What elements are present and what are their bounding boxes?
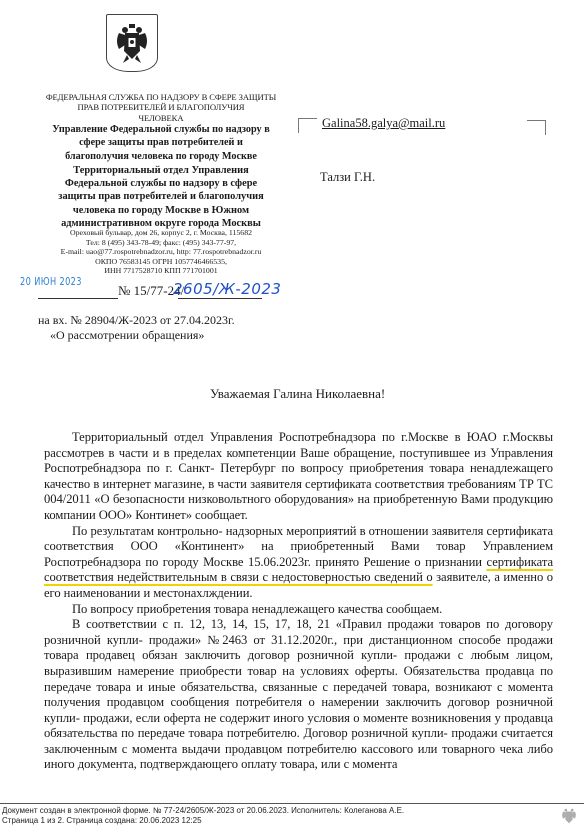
paragraph-text: По результатам контрольно- надзорных мер…	[44, 524, 553, 569]
letter-subject: «О рассмотрении обращения»	[50, 328, 204, 343]
agency-line: ЧЕЛОВЕКА	[30, 113, 292, 123]
paragraph: В соответствии с п. 12, 13, 14, 15, 17, …	[44, 617, 553, 773]
territorial-line: Федеральной службы по надзору в сфере	[30, 177, 292, 190]
incoming-reference: на вх. № 28904/Ж-2023 от 27.04.2023г.	[38, 313, 235, 328]
paragraph: Территориальный отдел Управления Роспотр…	[44, 430, 553, 524]
footer-info: Документ создан в электронной форме. № 7…	[2, 806, 404, 825]
inn-line: ИНН 7717528710 КПП 771701001	[30, 266, 292, 276]
email-line: E-mail: uao@77.rospotrebnadzor.ru, http:…	[30, 247, 292, 257]
greeting: Уважаемая Галина Николаевна!	[210, 386, 385, 402]
coat-of-arms-icon	[106, 14, 158, 72]
agency-name: ФЕДЕРАЛЬНАЯ СЛУЖБА ПО НАДЗОРУ В СФЕРЕ ЗА…	[30, 92, 292, 123]
date-underline	[38, 298, 118, 299]
address-corner-right	[527, 120, 546, 135]
address-corner-left	[298, 118, 317, 133]
department-name: Управление Федеральной службы по надзору…	[30, 123, 292, 163]
address-line: Ореховый бульвар, дом 26, корпус 2, г. М…	[30, 228, 292, 238]
agency-line: ПРАВ ПОТРЕБИТЕЛЕЙ И БЛАГОПОЛУЧИЯ	[30, 102, 292, 112]
territorial-line: человека по городу Москве в Южном	[30, 204, 292, 217]
territorial-line: Территориальный отдел Управления	[30, 164, 292, 177]
okpo-line: ОКПО 76583145 ОГРН 1057746466535,	[30, 257, 292, 267]
footer-line: Страница 1 из 2. Страница создана: 20.06…	[2, 816, 404, 826]
department-line: благополучия человека по городу Москве	[30, 150, 292, 163]
number-underline	[178, 298, 262, 299]
territorial-office-name: Территориальный отдел Управления Федерал…	[30, 164, 292, 230]
letter-body: Территориальный отдел Управления Роспотр…	[44, 430, 553, 773]
paragraph: По результатам контрольно- надзорных мер…	[44, 524, 553, 602]
department-line: сфере защиты прав потребителей и	[30, 136, 292, 149]
recipient-email[interactable]: Galina58.galya@mail.ru	[322, 116, 445, 131]
territorial-line: защиты прав потребителей и благополучия	[30, 190, 292, 203]
contact-details: Ореховый бульвар, дом 26, корпус 2, г. М…	[30, 228, 292, 276]
footer-divider	[0, 803, 584, 804]
handwritten-number: 2605/Ж-2023	[173, 280, 281, 298]
footer-emblem-icon	[560, 806, 578, 826]
department-line: Управление Федеральной службы по надзору…	[30, 123, 292, 136]
footer-line: Документ создан в электронной форме. № 7…	[2, 806, 404, 816]
date-stamp: 20 ИЮН 2023	[20, 276, 82, 288]
recipient-name: Талзи Г.Н.	[320, 170, 375, 185]
agency-line: ФЕДЕРАЛЬНАЯ СЛУЖБА ПО НАДЗОРУ В СФЕРЕ ЗА…	[30, 92, 292, 102]
double-headed-eagle-icon	[113, 21, 151, 65]
phone-line: Тел: 8 (495) 343-78-49; факс: (495) 343-…	[30, 238, 292, 248]
paragraph: По вопросу приобретения товара ненадлежа…	[44, 602, 553, 618]
